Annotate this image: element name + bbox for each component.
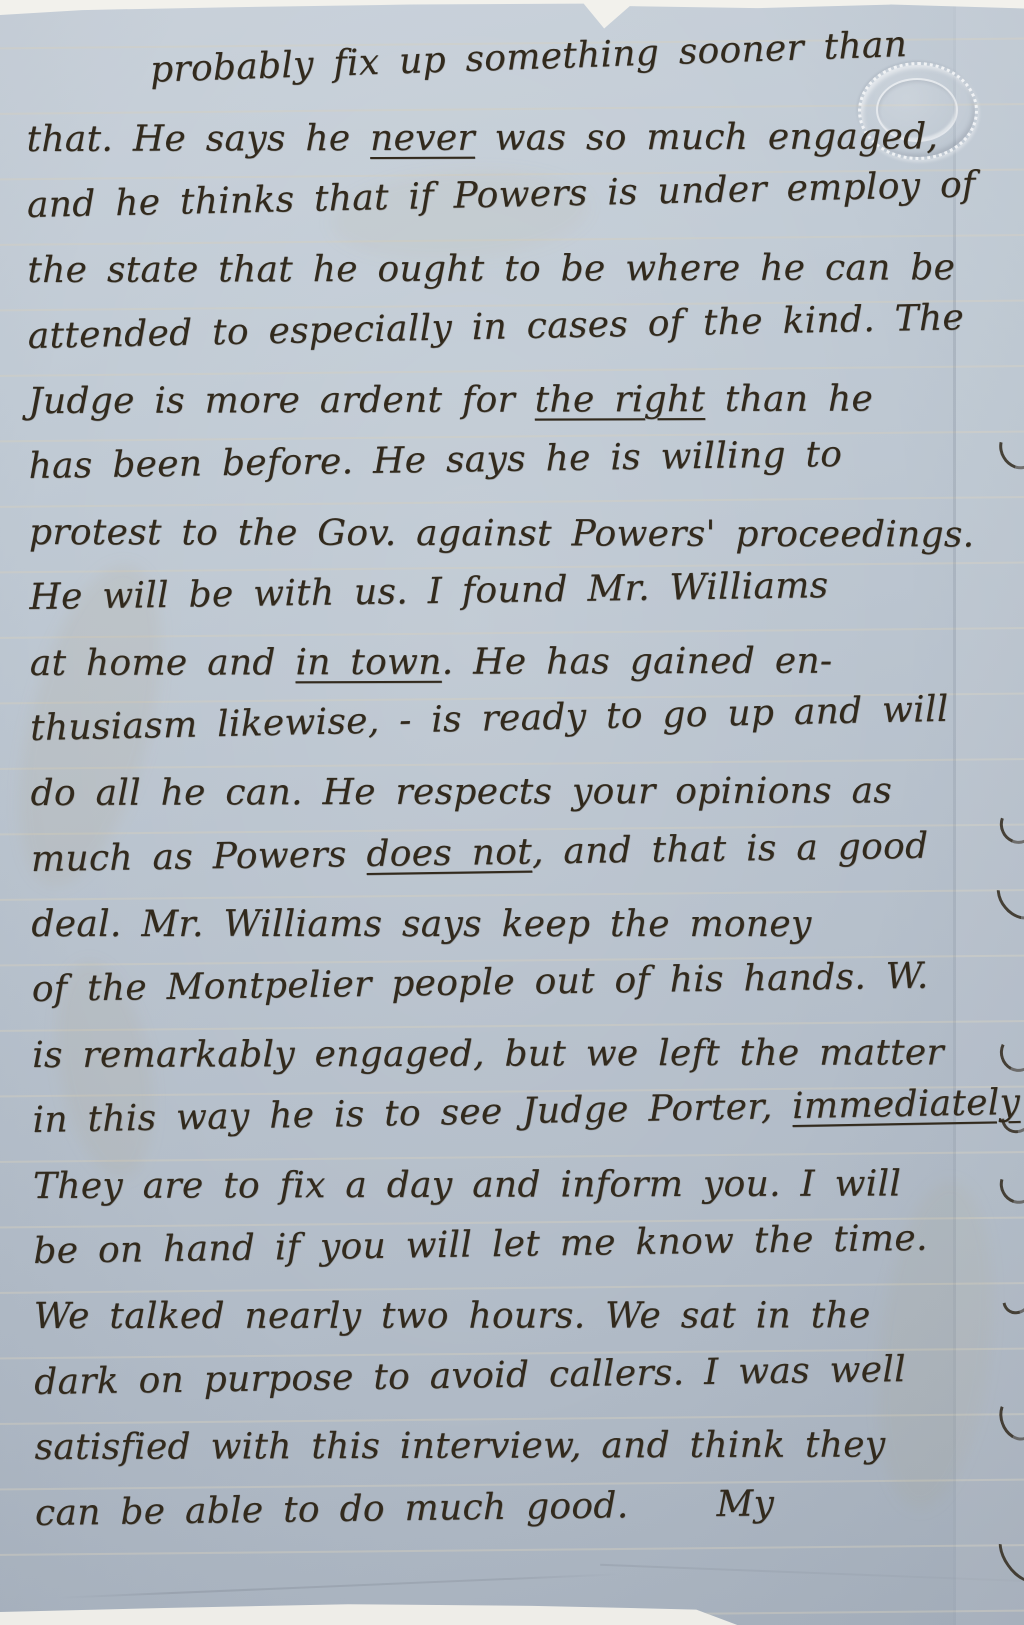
text-segment: of the Montpelier people out of his hand… [31,956,928,1010]
text-segment: in this way he is to see Judge Porter, [32,1086,792,1141]
manuscript-line: dark on purpose to avoid callers. I was … [34,1336,995,1416]
text-segment: at home and [30,642,296,684]
text-segment: is remarkably engaged, but we left the m… [32,1032,944,1076]
text-segment: They are to fix a day and inform you. I … [33,1163,901,1207]
partial-ink-stroke [988,866,1024,927]
text-segment: the state that he ought to be where he c… [27,247,955,291]
text-segment: My [716,1483,774,1525]
text-segment: Judge is more ardent for [28,379,535,422]
underlined-text: does not [366,831,532,874]
partial-ink-stroke [993,1160,1024,1210]
partial-ink-stroke [995,1029,1024,1076]
text-segment: deal. Mr. Williams says keep the money [31,904,811,945]
letter-body: probably fix up something sooner thantha… [26,36,995,1546]
manuscript-line: much as Powers does not, and that is a g… [31,812,992,892]
adjacent-page-ink-strokes [964,0,1024,1625]
text-segment: be on hand if you will let me know the t… [33,1218,928,1272]
text-segment: do all he can. He respects your opinions… [31,771,893,815]
manuscript-line: of the Montpelier people out of his hand… [31,943,992,1023]
manuscript-line: be on hand if you will let me know the t… [33,1205,994,1285]
text-segment: We talked nearly two hours. We sat in th… [34,1296,871,1338]
text-segment: satisfied with this interview, and think… [35,1425,886,1469]
partial-ink-stroke [996,1274,1024,1320]
manuscript-line: has been before. He says he is willing t… [28,420,989,500]
text-segment: can be able to do much good. [35,1485,629,1534]
text-segment: and he thinks that if Powers is under em… [27,164,976,226]
text-segment: thusiasm likewise, - is ready to go up a… [30,689,949,749]
text-segment: attended to especially in cases of the k… [27,297,964,357]
text-segment: He will be with us. I found Mr. Williams [29,565,829,618]
text-segment: much as Powers [31,834,367,880]
underlined-text: in town [295,641,441,682]
partial-ink-stroke [993,1390,1024,1446]
text-segment: has been before. He says he is willing t… [28,434,842,487]
partial-ink-stroke [990,1524,1024,1590]
scanned-letter-page: { "document": { "kind": "handwritten let… [0,0,1024,1625]
text-segment: was so much engaged, [475,117,938,159]
text-segment: dark on purpose to avoid callers. I was … [34,1349,906,1403]
text-segment: . He has gained en- [442,640,833,682]
partial-ink-stroke [992,422,1024,476]
text-segment: protest to the Gov. against Powers' proc… [29,512,975,555]
underlined-text: the right [535,379,706,421]
text-segment: that. He says he [27,118,371,160]
paper-sheet: probably fix up something sooner thantha… [0,0,1024,1625]
text-segment: than he [705,378,873,419]
underlined-text: never [370,118,475,159]
partial-ink-stroke [994,1092,1024,1140]
manuscript-line: can be able to do much good.My [35,1468,996,1546]
text-segment: probably fix up something sooner than [149,24,907,91]
text-segment: , and that is a good [532,825,929,872]
partial-ink-stroke [994,800,1024,849]
manuscript-line: He will be with us. I found Mr. Williams [29,551,990,631]
